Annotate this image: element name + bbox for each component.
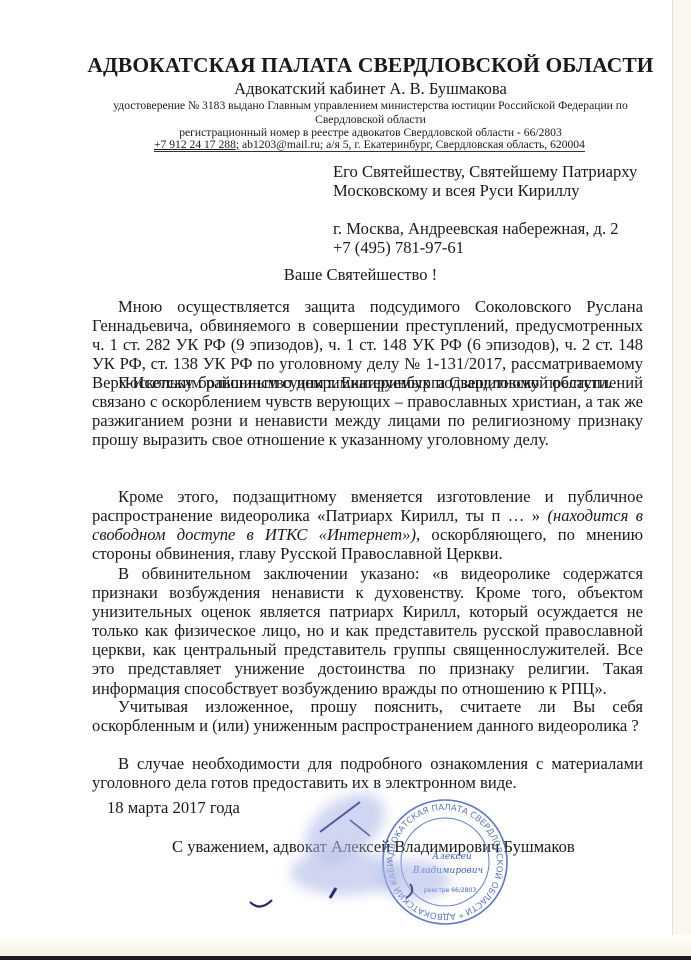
letterhead-contacts: +7 912 24 17 288; ab1203@mail.ru; а/я 5,… <box>154 138 585 152</box>
paragraph-question: Учитывая изложенное, прошу пояснить, счи… <box>92 697 643 735</box>
recipient-name: Московскому и всея Руси Кириллу <box>333 181 580 200</box>
svg-text:АДВОКАТСКАЯ ПАЛАТА СВЕРДЛОВСКО: АДВОКАТСКАЯ ПАЛАТА СВЕРДЛОВСКОЙ ОБЛАСТИ … <box>380 797 505 921</box>
page-edge <box>672 0 691 956</box>
signature-blur <box>380 860 450 900</box>
paragraph-text: Кроме этого, подзащитному вменяется изго… <box>92 487 643 563</box>
paragraph-text: В обвинительном заключении указано: «в в… <box>92 564 643 698</box>
greeting: Ваше Святейшество ! <box>15 265 691 285</box>
letterhead-office: Адвокатский кабинет А. В. Бушмакова <box>25 79 691 99</box>
paragraph-text: Учитывая изложенное, прошу пояснить, счи… <box>92 697 643 735</box>
recipient-title: Его Святейшеству, Святейшему Патриарху <box>333 162 637 181</box>
paragraph-materials-offer: В случае необходимости для подробного оз… <box>92 754 643 792</box>
letterhead-organization: АДВОКАТСКАЯ ПАЛАТА СВЕРДЛОВСКОЙ ОБЛАСТИ <box>25 53 691 78</box>
scan-border <box>0 956 691 960</box>
paragraph-indictment-quote: В обвинительном заключении указано: «в в… <box>92 564 643 698</box>
contact-phone: +7 912 24 17 288; <box>154 138 239 151</box>
page-bottom-tint <box>0 935 691 956</box>
seal-ring-text: АДВОКАТСКАЯ ПАЛАТА СВЕРДЛОВСКОЙ ОБЛАСТИ … <box>380 797 505 921</box>
paragraph-video: Кроме этого, подзащитному вменяется изго… <box>92 487 643 563</box>
recipient-address: г. Москва, Андреевская набережная, д. 2 <box>333 219 619 238</box>
letterhead-certificate-region: Свердловской области <box>25 113 691 126</box>
contact-email: ab1203@mail.ru; <box>242 138 323 151</box>
paragraph-text: В случае необходимости для подробного оз… <box>92 754 643 792</box>
letter-date: 18 марта 2017 года <box>107 798 240 818</box>
recipient-phone: +7 (495) 781-97-61 <box>333 238 464 257</box>
paragraph-request: Поскольку большинство инкриминируемых по… <box>92 373 643 449</box>
contact-address: а/я 5, г. Екатеринбург, Свердловская обл… <box>326 138 585 151</box>
document-page: АДВОКАТСКАЯ ПАЛАТА СВЕРДЛОВСКОЙ ОБЛАСТИ … <box>0 0 691 956</box>
letterhead-certificate: удостоверение № 3183 выдано Главным упра… <box>25 99 691 112</box>
paragraph-text: Поскольку большинство инкриминируемых по… <box>92 373 643 449</box>
